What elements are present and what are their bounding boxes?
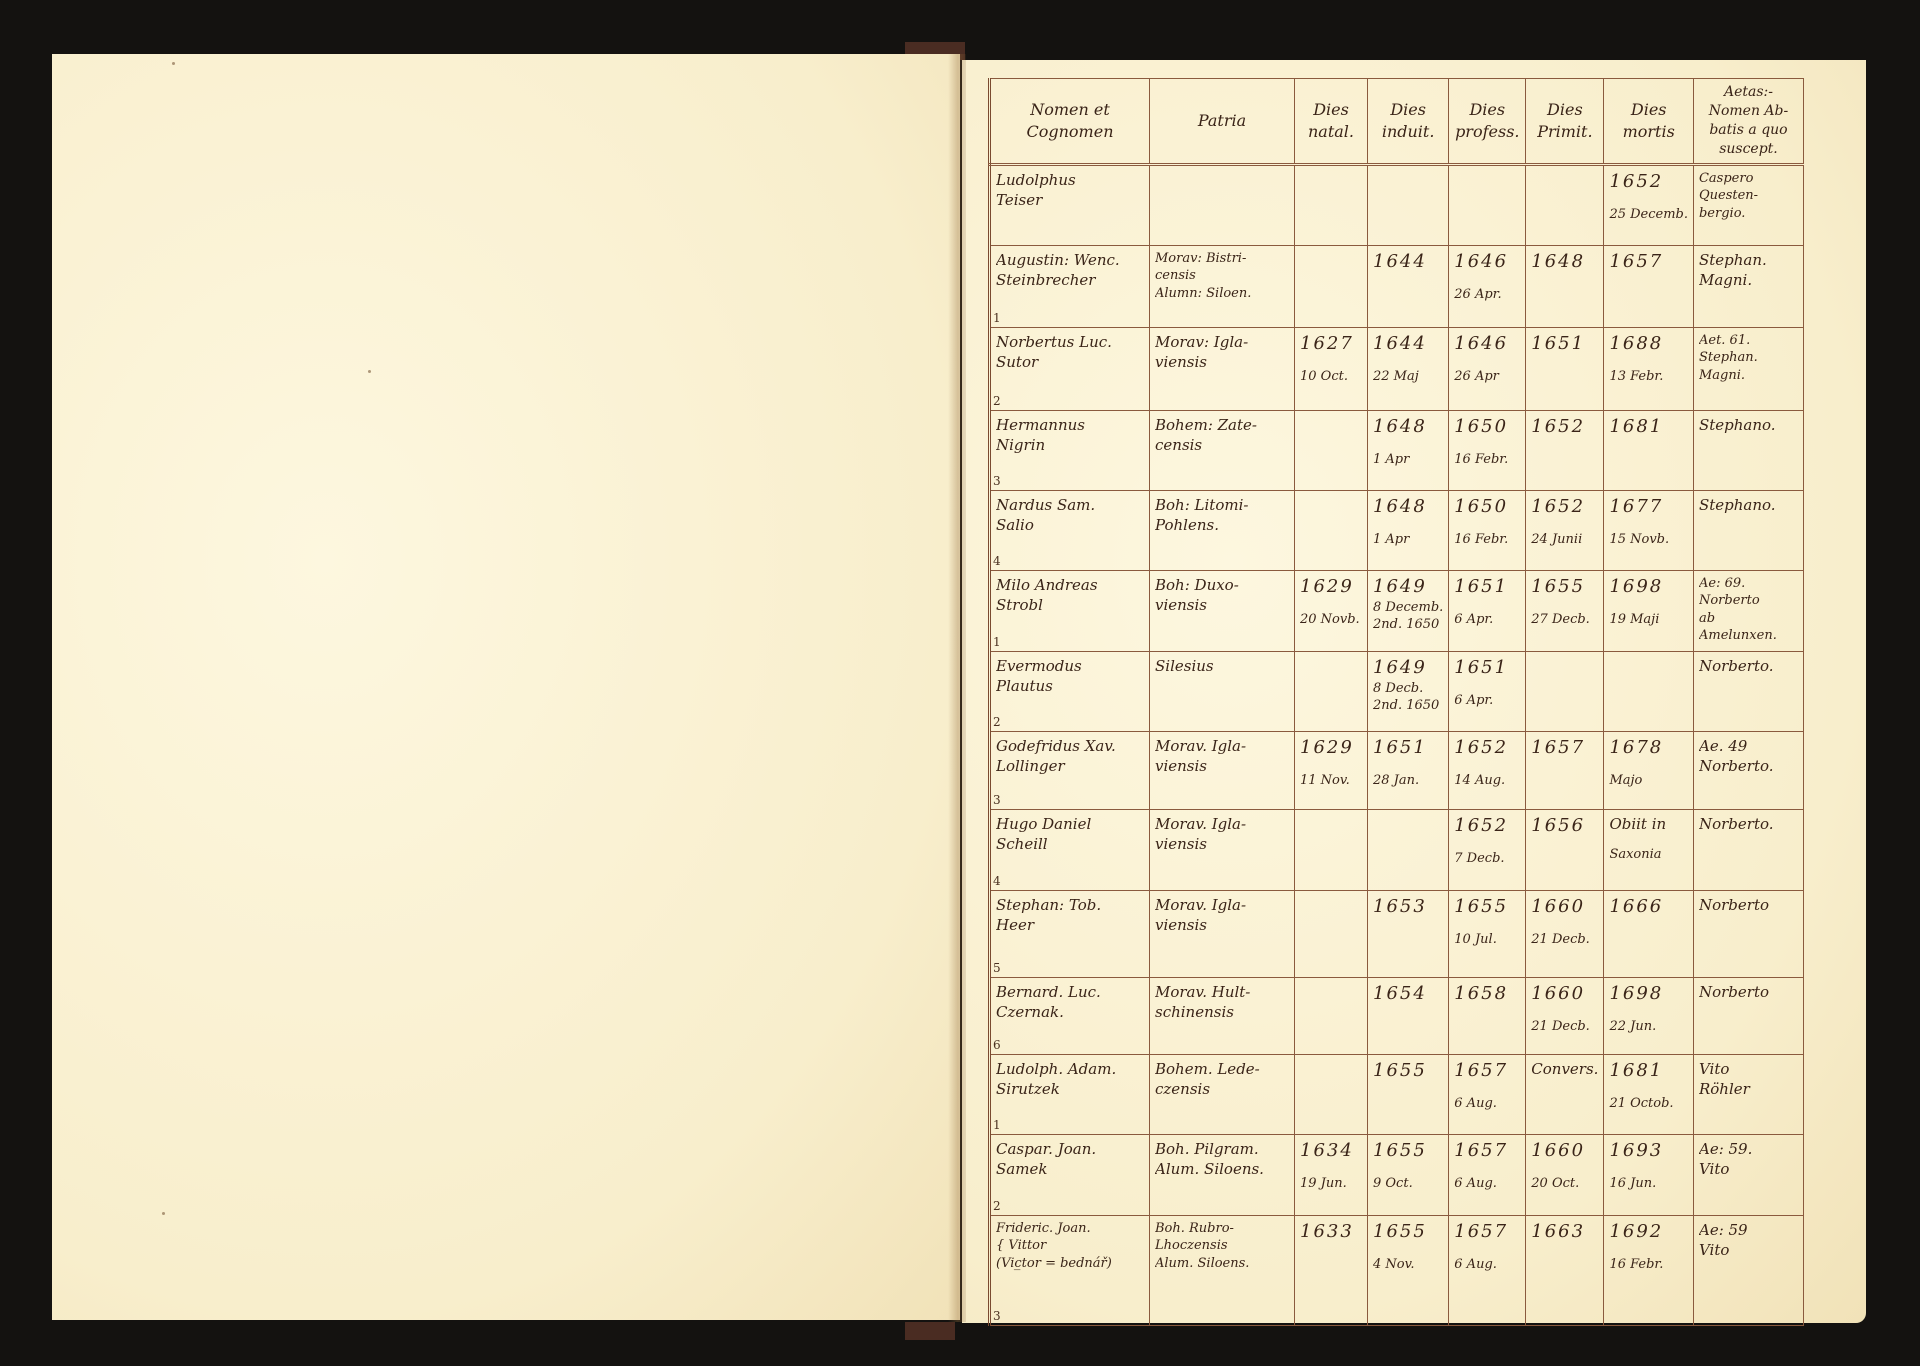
cell-name: Milo AndreasStrobl1 bbox=[990, 570, 1150, 651]
table-row: Godefridus Xav.Lollinger3Morav. Igla-vie… bbox=[990, 731, 1804, 809]
name-text: Ludolph. Adam. bbox=[996, 1059, 1144, 1079]
aetas-text: Magni. bbox=[1699, 270, 1798, 290]
aetas-text: Stephan. bbox=[1699, 349, 1798, 367]
header-dies-induit: Diesinduit. bbox=[1368, 79, 1449, 165]
induit-text: 8 Decemb. bbox=[1373, 599, 1443, 617]
cell-dies-mortis: 169316 Jun. bbox=[1604, 1134, 1694, 1215]
induit-text: 1651 bbox=[1373, 736, 1443, 760]
aetas-text: Vito bbox=[1699, 1240, 1798, 1260]
induit-text: 1648 bbox=[1373, 415, 1443, 439]
mortis-text: 1678 bbox=[1609, 736, 1688, 760]
cell-dies-induit: 16498 Decemb.2nd. 1650 bbox=[1368, 570, 1449, 651]
name-text: (Vic̲tor = bednář) bbox=[996, 1255, 1144, 1273]
cell-aetas: VitoRöhler bbox=[1693, 1054, 1803, 1134]
patria-text: Morav: Igla- bbox=[1155, 332, 1289, 352]
profess-text: 10 Jul. bbox=[1454, 931, 1520, 949]
header-text: Aetas:- bbox=[1699, 83, 1798, 102]
spacer bbox=[1609, 1006, 1688, 1018]
cell-dies-induit: 165128 Jan. bbox=[1368, 731, 1449, 809]
aetas-text: Ae: 69. bbox=[1699, 575, 1798, 593]
patria-text: schinensis bbox=[1155, 1002, 1289, 1022]
cell-dies-profess bbox=[1449, 164, 1526, 245]
cell-dies-mortis: 168121 Octob. bbox=[1604, 1054, 1694, 1134]
aetas-text: Aet. 61. bbox=[1699, 332, 1798, 350]
header-patria: Patria bbox=[1150, 79, 1295, 165]
cell-patria: Morav. Igla-viensis bbox=[1150, 731, 1295, 809]
mortis-text: 25 Decemb. bbox=[1609, 206, 1688, 224]
spacer bbox=[1609, 834, 1688, 846]
aetas-text: Questen- bbox=[1699, 187, 1798, 205]
header-text: Nomen Ab- bbox=[1699, 102, 1798, 121]
name-text: Milo Andreas bbox=[996, 575, 1144, 595]
cell-dies-natal bbox=[1295, 164, 1368, 245]
mortis-text: Obiit in bbox=[1609, 814, 1688, 834]
cell-dies-profess: 16576 Aug. bbox=[1449, 1134, 1526, 1215]
aetas-text: Norberto. bbox=[1699, 814, 1798, 834]
register-table: Nomen etCognomenPatriaDiesnatal.Diesindu… bbox=[988, 78, 1804, 1326]
cell-dies-natal bbox=[1295, 410, 1368, 490]
spacer bbox=[1609, 519, 1688, 531]
mortis-text: 13 Febr. bbox=[1609, 368, 1688, 386]
spacer bbox=[1454, 356, 1520, 368]
header-dies-profess: Diesprofess. bbox=[1449, 79, 1526, 165]
header-dies-mortis: Diesmortis bbox=[1604, 79, 1694, 165]
aetas-text: Stephano. bbox=[1699, 495, 1798, 515]
mortis-text: 16 Jun. bbox=[1609, 1175, 1688, 1193]
induit-text: 8 Decb. bbox=[1373, 680, 1443, 698]
cell-name: Godefridus Xav.Lollinger3 bbox=[990, 731, 1150, 809]
cell-dies-induit: 16498 Decb.2nd. 1650 bbox=[1368, 651, 1449, 731]
cell-dies-natal: 1633 bbox=[1295, 1215, 1368, 1325]
primit-text: 1660 bbox=[1531, 982, 1598, 1006]
patria-text: censis bbox=[1155, 435, 1289, 455]
cell-name: Bernard. Luc.Czernak.6 bbox=[990, 977, 1150, 1054]
aetas-text: Stephan. bbox=[1699, 250, 1798, 270]
patria-text: Alumn: Siloen. bbox=[1155, 285, 1289, 303]
induit-text: 2nd. 1650 bbox=[1373, 616, 1443, 634]
cell-dies-mortis: 168813 Febr. bbox=[1604, 327, 1694, 410]
patria-text: Morav. Igla- bbox=[1155, 736, 1289, 756]
profess-text: 6 Aug. bbox=[1454, 1175, 1520, 1193]
spacer bbox=[1609, 194, 1688, 206]
primit-text: 1652 bbox=[1531, 495, 1598, 519]
aetas-text: Ae: 59 bbox=[1699, 1220, 1798, 1240]
profess-text: 1655 bbox=[1454, 895, 1520, 919]
spacer bbox=[1531, 1163, 1598, 1175]
induit-text: 1649 bbox=[1373, 575, 1443, 599]
aetas-text: Norberto. bbox=[1699, 756, 1798, 776]
natal-text: 10 Oct. bbox=[1300, 368, 1362, 386]
cell-dies-profess: 165214 Aug. bbox=[1449, 731, 1526, 809]
cell-dies-mortis: 167715 Novb. bbox=[1604, 490, 1694, 570]
natal-text: 19 Jun. bbox=[1300, 1175, 1362, 1193]
name-text: Hermannus bbox=[996, 415, 1144, 435]
cell-name: Hugo DanielScheill4 bbox=[990, 809, 1150, 890]
cell-name: Augustin: Wenc.Steinbrecher1 bbox=[990, 245, 1150, 327]
patria-text: censis bbox=[1155, 267, 1289, 285]
patria-text: Bohem. Lede- bbox=[1155, 1059, 1289, 1079]
cell-dies-primit: 166020 Oct. bbox=[1526, 1134, 1604, 1215]
header-text: mortis bbox=[1609, 121, 1688, 143]
name-text: Evermodus bbox=[996, 656, 1144, 676]
patria-text: Alum. Siloens. bbox=[1155, 1159, 1289, 1179]
cell-name: Frideric. Joan.{ Vittor(Vic̲tor = bednář… bbox=[990, 1215, 1150, 1325]
cell-dies-mortis: 1666 bbox=[1604, 890, 1694, 977]
name-text: Hugo Daniel bbox=[996, 814, 1144, 834]
cell-dies-profess: 16576 Aug. bbox=[1449, 1215, 1526, 1325]
mortis-text: 1666 bbox=[1609, 895, 1688, 919]
row-number: 4 bbox=[993, 873, 1001, 889]
cell-dies-profess: 165016 Febr. bbox=[1449, 490, 1526, 570]
paper-speck bbox=[368, 370, 371, 373]
book-ribbon-bottom bbox=[905, 1322, 955, 1340]
spacer bbox=[1454, 1083, 1520, 1095]
patria-text: Silesius bbox=[1155, 656, 1289, 676]
aetas-text: ab bbox=[1699, 610, 1798, 628]
header-text: Dies bbox=[1609, 99, 1688, 121]
aetas-text: Ae: 59. bbox=[1699, 1139, 1798, 1159]
mortis-text: 1693 bbox=[1609, 1139, 1688, 1163]
name-text: Steinbrecher bbox=[996, 270, 1144, 290]
aetas-text: Magni. bbox=[1699, 367, 1798, 385]
name-text: Godefridus Xav. bbox=[996, 736, 1144, 756]
induit-text: 1644 bbox=[1373, 250, 1443, 274]
spacer bbox=[1454, 519, 1520, 531]
mortis-text: 1692 bbox=[1609, 1220, 1688, 1244]
primit-text: 1656 bbox=[1531, 814, 1598, 838]
header-aetas-abbas: Aetas:-Nomen Ab-batis a quosuscept. bbox=[1693, 79, 1803, 165]
cell-aetas: Norberto bbox=[1693, 977, 1803, 1054]
cell-aetas: Stephano. bbox=[1693, 410, 1803, 490]
header-text: Dies bbox=[1531, 99, 1598, 121]
cell-patria: Boh: Litomi-Pohlens. bbox=[1150, 490, 1295, 570]
mortis-text: 1688 bbox=[1609, 332, 1688, 356]
aetas-text: Vito bbox=[1699, 1059, 1798, 1079]
header-row: Nomen etCognomenPatriaDiesnatal.Diesindu… bbox=[990, 79, 1804, 165]
cell-dies-induit bbox=[1368, 164, 1449, 245]
table-row: HermannusNigrin3Bohem: Zate-censis16481 … bbox=[990, 410, 1804, 490]
cell-dies-primit bbox=[1526, 651, 1604, 731]
primit-text: Convers. bbox=[1531, 1059, 1598, 1079]
header-dies-natal: Diesnatal. bbox=[1295, 79, 1368, 165]
profess-text: 6 Aug. bbox=[1454, 1256, 1520, 1274]
cell-dies-primit: 165527 Decb. bbox=[1526, 570, 1604, 651]
spacer bbox=[1454, 1163, 1520, 1175]
name-text: Stephan: Tob. bbox=[996, 895, 1144, 915]
patria-text: Lhoczensis bbox=[1155, 1237, 1289, 1255]
primit-text: 1651 bbox=[1531, 332, 1598, 356]
cell-dies-profess: 16516 Apr. bbox=[1449, 651, 1526, 731]
profess-text: 1646 bbox=[1454, 332, 1520, 356]
name-text: Nigrin bbox=[996, 435, 1144, 455]
induit-text: 1655 bbox=[1373, 1059, 1443, 1083]
spacer bbox=[1531, 1006, 1598, 1018]
header-nomen: Nomen etCognomen bbox=[990, 79, 1150, 165]
induit-text: 1 Apr bbox=[1373, 451, 1443, 469]
spacer bbox=[1454, 919, 1520, 931]
spacer bbox=[1454, 1244, 1520, 1256]
induit-text: 9 Oct. bbox=[1373, 1175, 1443, 1193]
cell-dies-profess: 16576 Aug. bbox=[1449, 1054, 1526, 1134]
cell-patria: Morav. Hult-schinensis bbox=[1150, 977, 1295, 1054]
cell-dies-natal bbox=[1295, 977, 1368, 1054]
cell-aetas: Stephan.Magni. bbox=[1693, 245, 1803, 327]
natal-text: 1627 bbox=[1300, 332, 1362, 356]
spacer bbox=[1373, 1163, 1443, 1175]
cell-name: Nardus Sam.Salio4 bbox=[990, 490, 1150, 570]
table-row: Norbertus Luc.Sutor2Morav: Igla-viensis1… bbox=[990, 327, 1804, 410]
aetas-text: bergio. bbox=[1699, 205, 1798, 223]
cell-aetas: CasperoQuesten-bergio. bbox=[1693, 164, 1803, 245]
natal-text: 11 Nov. bbox=[1300, 772, 1362, 790]
induit-text: 28 Jan. bbox=[1373, 772, 1443, 790]
cell-dies-induit: 164422 Maj bbox=[1368, 327, 1449, 410]
mortis-text: Majo bbox=[1609, 772, 1688, 790]
cell-dies-profess: 16527 Decb. bbox=[1449, 809, 1526, 890]
spacer bbox=[1609, 760, 1688, 772]
cell-dies-primit: 1663 bbox=[1526, 1215, 1604, 1325]
name-text: Sirutzek bbox=[996, 1079, 1144, 1099]
profess-text: 1657 bbox=[1454, 1139, 1520, 1163]
patria-text: Boh: Duxo- bbox=[1155, 575, 1289, 595]
mortis-text: 19 Maji bbox=[1609, 611, 1688, 629]
mortis-text: 16 Febr. bbox=[1609, 1256, 1688, 1274]
natal-text: 1629 bbox=[1300, 736, 1362, 760]
cell-patria: Morav. Igla-viensis bbox=[1150, 890, 1295, 977]
cell-dies-natal bbox=[1295, 809, 1368, 890]
spacer bbox=[1454, 599, 1520, 611]
aetas-text: Norberto bbox=[1699, 895, 1798, 915]
profess-text: 1652 bbox=[1454, 736, 1520, 760]
cell-dies-natal bbox=[1295, 1054, 1368, 1134]
cell-dies-natal bbox=[1295, 245, 1368, 327]
cell-dies-profess: 164626 Apr. bbox=[1449, 245, 1526, 327]
spacer bbox=[1454, 838, 1520, 850]
induit-text: 4 Nov. bbox=[1373, 1256, 1443, 1274]
profess-text: 16 Febr. bbox=[1454, 531, 1520, 549]
cell-aetas: Norberto bbox=[1693, 890, 1803, 977]
primit-text: 21 Decb. bbox=[1531, 931, 1598, 949]
table-row: Augustin: Wenc.Steinbrecher1Morav: Bistr… bbox=[990, 245, 1804, 327]
primit-text: 1652 bbox=[1531, 415, 1598, 439]
paper-speck bbox=[172, 62, 175, 65]
name-text: Lollinger bbox=[996, 756, 1144, 776]
spacer bbox=[1609, 599, 1688, 611]
profess-text: 1650 bbox=[1454, 415, 1520, 439]
spacer bbox=[1531, 519, 1598, 531]
patria-text: Boh. Pilgram. bbox=[1155, 1139, 1289, 1159]
cell-dies-mortis: 165225 Decemb. bbox=[1604, 164, 1694, 245]
patria-text: Pohlens. bbox=[1155, 515, 1289, 535]
profess-text: 1658 bbox=[1454, 982, 1520, 1006]
mortis-text: 1652 bbox=[1609, 170, 1688, 194]
cell-name: LudolphusTeiser bbox=[990, 164, 1150, 245]
cell-aetas: Aet. 61.Stephan.Magni. bbox=[1693, 327, 1803, 410]
mortis-text: 1698 bbox=[1609, 575, 1688, 599]
mortis-text: 1698 bbox=[1609, 982, 1688, 1006]
cell-dies-natal bbox=[1295, 651, 1368, 731]
cell-name: Caspar. Joan.Samek2 bbox=[990, 1134, 1150, 1215]
patria-text: viensis bbox=[1155, 834, 1289, 854]
cell-dies-profess: 16516 Apr. bbox=[1449, 570, 1526, 651]
row-number: 3 bbox=[993, 473, 1001, 489]
natal-text: 1634 bbox=[1300, 1139, 1362, 1163]
patria-text: Morav. Igla- bbox=[1155, 814, 1289, 834]
profess-text: 6 Apr. bbox=[1454, 611, 1520, 629]
row-number: 3 bbox=[993, 792, 1001, 808]
primit-text: 1660 bbox=[1531, 895, 1598, 919]
cell-aetas: Ae: 69.NorbertoabAmelunxen. bbox=[1693, 570, 1803, 651]
primit-text: 1648 bbox=[1531, 250, 1598, 274]
cell-dies-primit: 166021 Decb. bbox=[1526, 890, 1604, 977]
cell-patria: Bohem: Zate-censis bbox=[1150, 410, 1295, 490]
patria-text: Boh: Litomi- bbox=[1155, 495, 1289, 515]
cell-dies-profess: 165016 Febr. bbox=[1449, 410, 1526, 490]
cell-patria: Morav: Bistri-censisAlumn: Siloen. bbox=[1150, 245, 1295, 327]
spacer bbox=[1373, 760, 1443, 772]
row-number: 3 bbox=[993, 1308, 1001, 1324]
aetas-text: Röhler bbox=[1699, 1079, 1798, 1099]
cell-dies-primit: 1652 bbox=[1526, 410, 1604, 490]
cell-dies-induit: 16481 Apr bbox=[1368, 410, 1449, 490]
name-text: Nardus Sam. bbox=[996, 495, 1144, 515]
cell-name: Norbertus Luc.Sutor2 bbox=[990, 327, 1150, 410]
cell-dies-mortis: Obiit inSaxonia bbox=[1604, 809, 1694, 890]
spacer bbox=[1300, 356, 1362, 368]
spacer bbox=[1531, 599, 1598, 611]
profess-text: 1652 bbox=[1454, 814, 1520, 838]
spacer bbox=[1454, 680, 1520, 692]
row-number: 1 bbox=[993, 310, 1001, 326]
header-text: Cognomen bbox=[996, 121, 1144, 143]
mortis-text: 1677 bbox=[1609, 495, 1688, 519]
profess-text: 1657 bbox=[1454, 1220, 1520, 1244]
spacer bbox=[1609, 356, 1688, 368]
profess-text: 1650 bbox=[1454, 495, 1520, 519]
name-text: Scheill bbox=[996, 834, 1144, 854]
spacer bbox=[1373, 356, 1443, 368]
name-text: Augustin: Wenc. bbox=[996, 250, 1144, 270]
cell-aetas: Ae: 59Vito bbox=[1693, 1215, 1803, 1325]
patria-text: Morav: Bistri- bbox=[1155, 250, 1289, 268]
cell-patria: Bohem. Lede-czensis bbox=[1150, 1054, 1295, 1134]
cell-dies-induit: 16554 Nov. bbox=[1368, 1215, 1449, 1325]
name-text: Plautus bbox=[996, 676, 1144, 696]
profess-text: 1657 bbox=[1454, 1059, 1520, 1083]
aetas-text: Vito bbox=[1699, 1159, 1798, 1179]
natal-text: 20 Novb. bbox=[1300, 611, 1362, 629]
spacer bbox=[1531, 919, 1598, 931]
cell-dies-primit: 1651 bbox=[1526, 327, 1604, 410]
table-row: Nardus Sam.Salio4Boh: Litomi-Pohlens.164… bbox=[990, 490, 1804, 570]
name-text: Heer bbox=[996, 915, 1144, 935]
table-row: Frideric. Joan.{ Vittor(Vic̲tor = bednář… bbox=[990, 1215, 1804, 1325]
header-text: Dies bbox=[1300, 99, 1362, 121]
profess-text: 7 Decb. bbox=[1454, 850, 1520, 868]
table-row: Hugo DanielScheill4Morav. Igla-viensis16… bbox=[990, 809, 1804, 890]
cell-aetas: Norberto. bbox=[1693, 651, 1803, 731]
header-text: batis a quo bbox=[1699, 121, 1798, 140]
cell-dies-mortis: 169819 Maji bbox=[1604, 570, 1694, 651]
induit-text: 22 Maj bbox=[1373, 368, 1443, 386]
mortis-text: 22 Jun. bbox=[1609, 1018, 1688, 1036]
cell-dies-natal: 162920 Novb. bbox=[1295, 570, 1368, 651]
patria-text: viensis bbox=[1155, 915, 1289, 935]
spacer bbox=[1300, 1163, 1362, 1175]
mortis-text: 1681 bbox=[1609, 1059, 1688, 1083]
mortis-text: 1681 bbox=[1609, 415, 1688, 439]
induit-text: 1655 bbox=[1373, 1139, 1443, 1163]
cell-dies-mortis bbox=[1604, 651, 1694, 731]
row-number: 2 bbox=[993, 393, 1001, 409]
cell-dies-mortis: 1681 bbox=[1604, 410, 1694, 490]
header-text: Patria bbox=[1155, 110, 1289, 132]
induit-text: 2nd. 1650 bbox=[1373, 697, 1443, 715]
induit-text: 1648 bbox=[1373, 495, 1443, 519]
cell-dies-natal: 162911 Nov. bbox=[1295, 731, 1368, 809]
spacer bbox=[1373, 519, 1443, 531]
induit-text: 1655 bbox=[1373, 1220, 1443, 1244]
name-text: Frideric. Joan. bbox=[996, 1220, 1144, 1238]
cell-dies-induit: 16481 Apr bbox=[1368, 490, 1449, 570]
aetas-text: Ae. 49 bbox=[1699, 736, 1798, 756]
primit-text: 1655 bbox=[1531, 575, 1598, 599]
cell-dies-primit: Convers. bbox=[1526, 1054, 1604, 1134]
left-page-blank bbox=[52, 54, 960, 1320]
cell-dies-primit bbox=[1526, 164, 1604, 245]
cell-dies-primit: 166021 Decb. bbox=[1526, 977, 1604, 1054]
name-text: Ludolphus bbox=[996, 170, 1144, 190]
cell-dies-induit: 1654 bbox=[1368, 977, 1449, 1054]
spacer bbox=[1609, 1083, 1688, 1095]
name-text: Norbertus Luc. bbox=[996, 332, 1144, 352]
cell-aetas: Ae. 49Norberto. bbox=[1693, 731, 1803, 809]
name-text: Samek bbox=[996, 1159, 1144, 1179]
cell-dies-natal: 163419 Jun. bbox=[1295, 1134, 1368, 1215]
cell-dies-natal bbox=[1295, 890, 1368, 977]
header-text: induit. bbox=[1373, 121, 1443, 143]
spacer bbox=[1300, 760, 1362, 772]
patria-text: Bohem: Zate- bbox=[1155, 415, 1289, 435]
header-text: Nomen et bbox=[996, 99, 1144, 121]
cell-dies-induit: 1644 bbox=[1368, 245, 1449, 327]
patria-text: Morav. Igla- bbox=[1155, 895, 1289, 915]
row-number: 5 bbox=[993, 960, 1001, 976]
header-text: Dies bbox=[1454, 99, 1520, 121]
aetas-text: Norberto bbox=[1699, 982, 1798, 1002]
table-row: EvermodusPlautus2Silesius16498 Decb.2nd.… bbox=[990, 651, 1804, 731]
name-text: Czernak. bbox=[996, 1002, 1144, 1022]
natal-text: 1629 bbox=[1300, 575, 1362, 599]
table-row: Bernard. Luc.Czernak.6Morav. Hult-schine… bbox=[990, 977, 1804, 1054]
induit-text: 1 Apr bbox=[1373, 531, 1443, 549]
cell-dies-natal bbox=[1295, 490, 1368, 570]
mortis-text: Saxonia bbox=[1609, 846, 1688, 864]
cell-patria: Silesius bbox=[1150, 651, 1295, 731]
row-number: 1 bbox=[993, 1117, 1001, 1133]
profess-text: 1651 bbox=[1454, 656, 1520, 680]
row-number: 4 bbox=[993, 553, 1001, 569]
header-text: natal. bbox=[1300, 121, 1362, 143]
mortis-text: 21 Octob. bbox=[1609, 1095, 1688, 1113]
primit-text: 1657 bbox=[1531, 736, 1598, 760]
profess-text: 16 Febr. bbox=[1454, 451, 1520, 469]
primit-text: 21 Decb. bbox=[1531, 1018, 1598, 1036]
cell-dies-mortis: 169216 Febr. bbox=[1604, 1215, 1694, 1325]
cell-dies-profess: 164626 Apr bbox=[1449, 327, 1526, 410]
spacer bbox=[1373, 1244, 1443, 1256]
induit-text: 1644 bbox=[1373, 332, 1443, 356]
